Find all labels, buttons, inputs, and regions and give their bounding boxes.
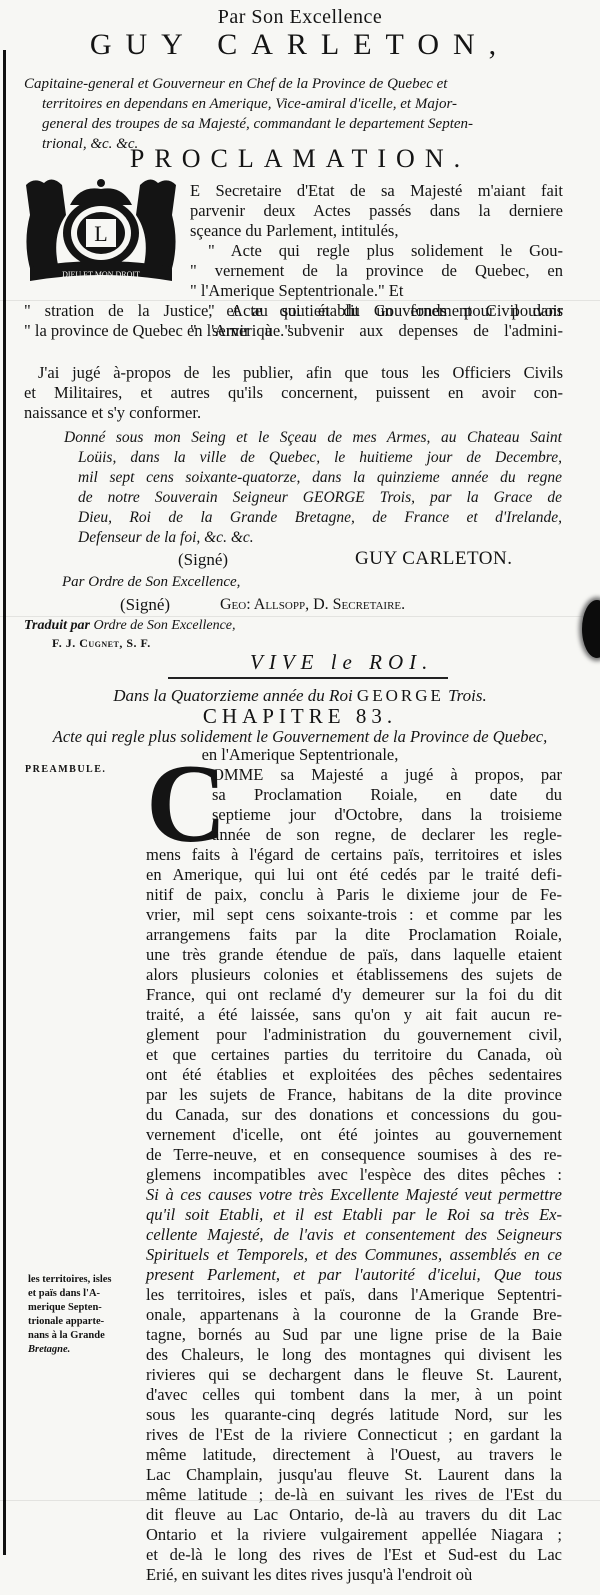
text-line: Dieu, Roi de la Grande Bretagne, de Fran…	[64, 508, 562, 528]
svg-text:DIEU ET MON DROIT: DIEU ET MON DROIT	[62, 270, 140, 279]
text-line: Ontario et la riviere vulgairement appel…	[146, 1525, 562, 1545]
titles-line: territoires en dependans en Amerique, Vi…	[24, 94, 579, 114]
text-line: " l'Amerique Septentrionale." Et	[190, 281, 563, 301]
text-line: Spirituels et Temporels, et des Communes…	[146, 1245, 562, 1265]
act-body: mens faits à l'égard de certains païs, t…	[146, 845, 562, 1585]
preamble-margin-label: PREAMBULE.	[25, 764, 106, 775]
dans-suffix: Trois.	[444, 686, 487, 705]
secretary-signature: Geo: Allsopp, D. Secretaire.	[220, 596, 405, 614]
text-line: vrier, mil sept cens soixante-trois : et…	[146, 905, 562, 925]
signed-label: (Signé)	[178, 550, 228, 570]
text-line: sçeance du Parlement, intitulés,	[190, 221, 563, 241]
act-title-line-2: en l'Amerique Septentrionale,	[0, 745, 600, 765]
text-line: d'avec celles qui tombent dans la mer, à…	[146, 1385, 562, 1405]
par-ordre-line: Par Ordre de Son Excellence,	[62, 574, 240, 591]
proclamation-heading: PROCLAMATION.	[0, 144, 600, 174]
text-line: France, qui ont reclamé d'y demeurer sur…	[146, 985, 562, 1005]
section-divider	[168, 677, 448, 679]
text-line: des Chaleurs, le long des montagnes qui …	[146, 1345, 562, 1365]
left-border-rule	[3, 50, 6, 1555]
text-line: sa Proclamation Roiale, en date du	[212, 785, 562, 805]
text-line: arrangemens faits par la dite Proclamati…	[146, 925, 562, 945]
text-line: onale, appartenans à la couronne de la G…	[146, 1305, 562, 1325]
text-line: tagne, bornés au Sud par une ligne prise…	[146, 1325, 562, 1345]
text-line: Lac Champlain, jusqu'au fleuve St. Laure…	[146, 1465, 562, 1485]
text-line: de notre Souverain Seigneur GEORGE Trois…	[64, 488, 562, 508]
text-line: et que certaines parties du territoire d…	[146, 1045, 562, 1065]
regnal-year-line: Dans la Quatorzieme année du Roi GEORGE …	[0, 686, 600, 706]
margin-line: merique Septen-	[28, 1301, 140, 1315]
text-line: glemens incompatibles avec l'espèce des …	[146, 1165, 562, 1185]
text-line: cellente Majesté, de l'avis et consentem…	[146, 1225, 562, 1245]
text-line: de Terre-neuve, et en consequence soumis…	[146, 1145, 562, 1165]
governor-name-heading: GUY CARLETON,	[0, 28, 600, 62]
text-line: parvenir deux Actes passés dans la derni…	[190, 201, 563, 221]
text-line: même latitude ; de-là en suivant les riv…	[146, 1485, 562, 1505]
text-line: alors plusieurs colonies et établissemen…	[146, 965, 562, 985]
text-line: nitif de paix, conclu à Paris le dixieme…	[146, 885, 562, 905]
margin-note-territories: les territoires, isles et païs dans l'A-…	[28, 1273, 140, 1357]
traduit-bold: Traduit par	[24, 618, 90, 633]
dans-prefix: Dans la Quatorzieme année du Roi	[113, 686, 357, 705]
text-line: ont été établies et exploitées des pêche…	[146, 1065, 562, 1085]
signed-label: (Signé)	[120, 595, 170, 615]
vive-le-roi: VIVE le ROI.	[250, 650, 433, 675]
translation-note: Traduit par Ordre de Son Excellence,	[24, 618, 236, 634]
text-line: " stration de la Justice, et au soutien …	[24, 301, 563, 321]
text-line: et Militaires, et autres qu'ils concerne…	[24, 383, 563, 403]
text-line: J'ai jugé à-propos de les publier, afin …	[24, 363, 563, 383]
ink-blot	[582, 600, 600, 658]
text-line: par les sujets de France, habitans de la…	[146, 1085, 562, 1105]
text-line: qu'il soit Etabli, et il est Etabli par …	[146, 1205, 562, 1225]
text-line: " la province de Quebec en l'Amerique."	[24, 321, 563, 341]
text-line: une très grande étendue de païs, dans la…	[146, 945, 562, 965]
margin-line: les territoires, isles	[28, 1273, 140, 1287]
proclamation-paragraph-3: J'ai jugé à-propos de les publier, afin …	[24, 363, 563, 423]
text-line: glement pour l'administration du gouvern…	[146, 1025, 562, 1045]
text-line: année de son regne, de declarer les regl…	[212, 825, 562, 845]
king-name: GEORGE	[357, 686, 444, 705]
text-line: mens faits à l'égard de certains païs, t…	[146, 845, 562, 865]
text-line: Loüis, dans la ville de Quebec, le huiti…	[64, 448, 562, 468]
text-line: rivieres qui se dechargent dans le fleuv…	[146, 1365, 562, 1385]
text-line: Si à ces causes votre très Excellente Ma…	[146, 1185, 562, 1205]
margin-line: trionale apparte-	[28, 1315, 140, 1329]
governor-signature: GUY CARLETON.	[355, 548, 512, 570]
text-line: septieme jour d'Octobre, dans la troisie…	[212, 805, 562, 825]
chapter-heading: CHAPITRE 83.	[0, 704, 600, 729]
svg-text:L: L	[94, 221, 107, 246]
paper-line	[0, 616, 600, 617]
given-under-seal-paragraph: Donné sous mon Seing et le Sçeau de mes …	[64, 428, 562, 548]
margin-line: nans à la Grande	[28, 1329, 140, 1343]
text-line: traité, a été laissée, sans qu'on y ait …	[146, 1005, 562, 1025]
text-line: " Acte qui regle plus solidement le Gou-	[190, 241, 563, 261]
text-line: rives de l'Est de la riviere Connecticut…	[146, 1425, 562, 1445]
text-line: du Canada, sur des donations et concessi…	[146, 1105, 562, 1125]
text-line: E Secretaire d'Etat de sa Majesté m'aian…	[190, 181, 563, 201]
act-title: Acte qui regle plus solidement le Gouver…	[0, 727, 600, 747]
text-line: naissance et s'y conformer.	[24, 403, 563, 423]
text-line: Donné sous mon Seing et le Sçeau de mes …	[64, 428, 562, 448]
titles-line: Capitaine-general et Gouverneur en Chef …	[24, 76, 447, 92]
text-line: sous les quarante-cinq degrés latitude N…	[146, 1405, 562, 1425]
text-line: vernement d'icelle, ont été jointes au g…	[146, 1125, 562, 1145]
text-line: OMME sa Majesté a jugé à propos, par	[212, 765, 562, 785]
act-opening-lines: OMME sa Majesté a jugé à propos, par sa …	[212, 765, 562, 845]
text-line: même latitude, directement à l'Ouest, au…	[146, 1445, 562, 1465]
text-line: present Parlement, et par l'autorité d'i…	[146, 1265, 562, 1285]
traduit-rest: Ordre de Son Excellence,	[90, 618, 236, 633]
text-line: mil sept cens soixante-quatorze, dans la…	[64, 468, 562, 488]
text-line: Defenseur de la foi, &c. &c.	[64, 528, 562, 548]
translator-name: F. J. Cugnet, S. F.	[52, 636, 151, 651]
text-line: dit fleuve au Lac Ontario, de-là au trav…	[146, 1505, 562, 1525]
margin-line: et païs dans l'A-	[28, 1287, 140, 1301]
text-line: les territoires, isles et païs, dans l'A…	[146, 1285, 562, 1305]
proclamation-paragraph-2: " stration de la Justice, et au soutien …	[24, 301, 563, 341]
text-line: et de-là le long des rives de l'Est et S…	[146, 1545, 562, 1565]
titles-line: general des troupes de sa Majesté, comma…	[24, 114, 579, 134]
governor-titles: Capitaine-general et Gouverneur en Chef …	[24, 74, 579, 154]
text-line: Erié, en suivant les dites rives jusqu'à…	[146, 1565, 562, 1585]
newspaper-page: Par Son Excellence GUY CARLETON, Capitai…	[0, 0, 600, 1595]
par-son-excellence: Par Son Excellence	[0, 6, 600, 29]
margin-line: Bretagne.	[28, 1343, 140, 1357]
text-line: en Amerique, qui lui ont été cedés par l…	[146, 865, 562, 885]
text-line: " vernement de la province de Quebec, en	[190, 261, 563, 281]
royal-coat-of-arms-icon: L DIEU ET MON DROIT	[22, 175, 180, 287]
